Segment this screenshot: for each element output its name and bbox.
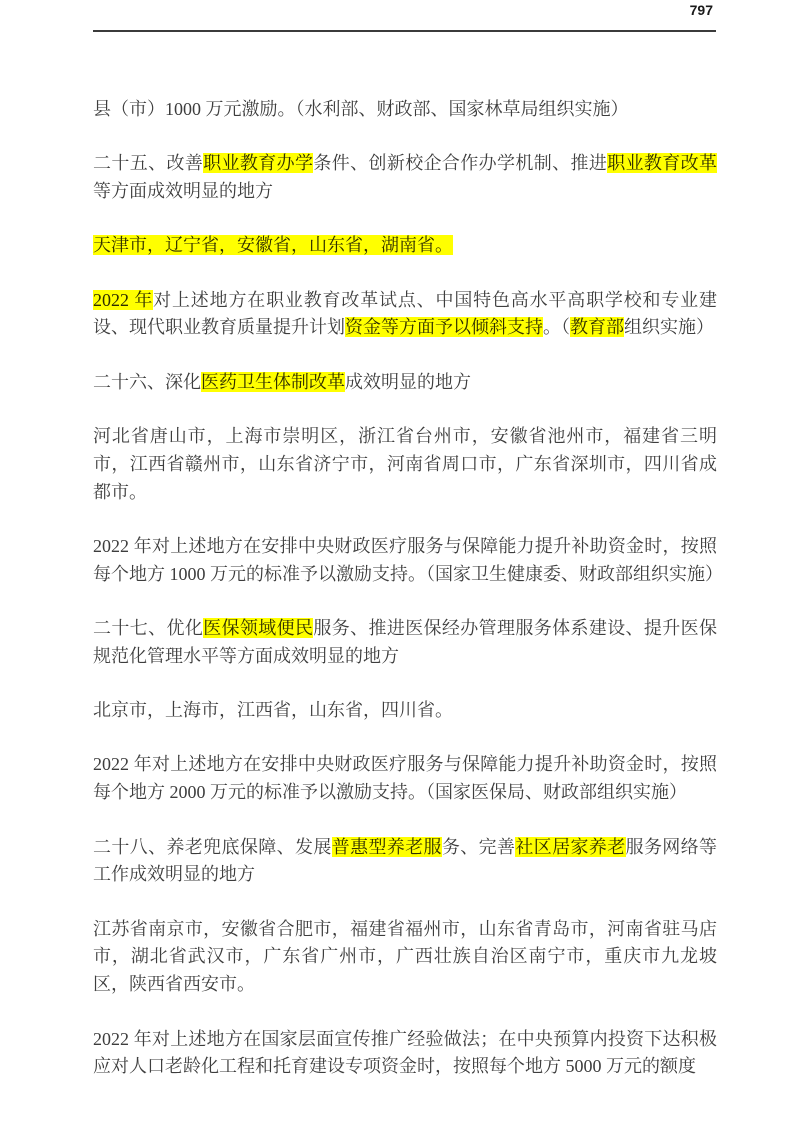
para-regions-26: 河北省唐山市，上海市崇明区，浙江省台州市，安徽省池州市，福建省三明市，江西省赣州… [93, 423, 717, 506]
text-run: 二十八、养老兜底保障、发展 [93, 837, 332, 857]
text-run: 。（ [543, 317, 570, 337]
text-run: 县（市）1000 万元激励。（水利部、财政部、国家林草局组织实施） [93, 99, 629, 119]
document-content: 县（市）1000 万元激励。（水利部、财政部、国家林草局组织实施） 二十五、改善… [93, 96, 717, 1081]
highlight-run: 职业教育改革 [607, 153, 717, 173]
header-rule [93, 30, 716, 32]
para-support-28: 2022 年对上述地方在国家层面宣传推广经验做法；在中央预算内投资下达积极应对人… [93, 1026, 717, 1082]
heading-item-25: 二十五、改善职业教育办学条件、创新校企合作办学机制、推进职业教育改革等方面成效明… [93, 150, 717, 206]
para-regions-28: 江苏省南京市，安徽省合肥市，福建省福州市，山东省青岛市，河南省驻马店市，湖北省武… [93, 916, 717, 999]
heading-item-26: 二十六、深化医药卫生体制改革成效明显的地方 [93, 369, 717, 397]
highlight-run: 医保领域便民 [203, 618, 313, 638]
text-run: 二十五、改善 [93, 153, 203, 173]
para-regions-27: 北京市，上海市，江西省，山东省，四川省。 [93, 697, 717, 725]
highlight-run: 社区居家养老 [515, 837, 625, 857]
text-run: 江苏省南京市，安徽省合肥市，福建省福州市，山东省青岛市，河南省驻马店市，湖北省武… [93, 919, 717, 995]
para-incentive-county: 县（市）1000 万元激励。（水利部、财政部、国家林草局组织实施） [93, 96, 717, 124]
text-run: 二十六、深化 [93, 372, 201, 392]
text-run: 河北省唐山市，上海市崇明区，浙江省台州市，安徽省池州市，福建省三明市，江西省赣州… [93, 426, 717, 502]
para-regions-25: 天津市，辽宁省，安徽省，山东省，湖南省。 [93, 232, 717, 260]
text-run: 2022 年对上述地方在国家层面宣传推广经验做法；在中央预算内投资下达积极应对人… [93, 1029, 717, 1077]
heading-item-28: 二十八、养老兜底保障、发展普惠型养老服务、完善社区居家养老服务网络等工作成效明显… [93, 834, 717, 890]
heading-item-27: 二十七、优化医保领域便民服务、推进医保经办管理服务体系建设、提升医保规范化管理水… [93, 615, 717, 671]
highlight-run: 资金等方面予以倾斜支持 [345, 317, 543, 337]
highlight-run: 普惠型养老服 [332, 837, 442, 857]
text-run: 2022 年对上述地方在安排中央财政医疗服务与保障能力提升补助资金时，按照每个地… [93, 754, 717, 802]
text-run: 务、完善 [442, 837, 515, 857]
text-run: 等方面成效明显的地方 [93, 181, 273, 201]
para-support-26: 2022 年对上述地方在安排中央财政医疗服务与保障能力提升补助资金时，按照每个地… [93, 533, 717, 589]
text-run: 北京市，上海市，江西省，山东省，四川省。 [93, 700, 453, 720]
para-support-27: 2022 年对上述地方在安排中央财政医疗服务与保障能力提升补助资金时，按照每个地… [93, 751, 717, 807]
highlight-run: 职业教育办学 [203, 153, 313, 173]
para-support-25: 2022 年对上述地方在职业教育改革试点、中国特色高水平高职学校和专业建设、现代… [93, 287, 717, 343]
text-run: 条件、创新校企合作办学机制、推进 [313, 153, 607, 173]
text-run: 成效明显的地方 [345, 372, 471, 392]
highlight-run: 医药卫生体制改革 [201, 372, 345, 392]
page-number: 797 [690, 2, 713, 18]
text-run: 二十七、优化 [93, 618, 203, 638]
text-run: 组织实施） [624, 317, 714, 337]
highlight-run: 2022 年 [93, 290, 153, 310]
document-page: { "page": { "number": "797" }, "paragrap… [0, 0, 793, 1122]
text-run: 2022 年对上述地方在安排中央财政医疗服务与保障能力提升补助资金时，按照每个地… [93, 536, 723, 584]
highlight-run: 天津市，辽宁省，安徽省，山东省，湖南省。 [93, 235, 453, 255]
highlight-run: 教育部 [570, 317, 624, 337]
